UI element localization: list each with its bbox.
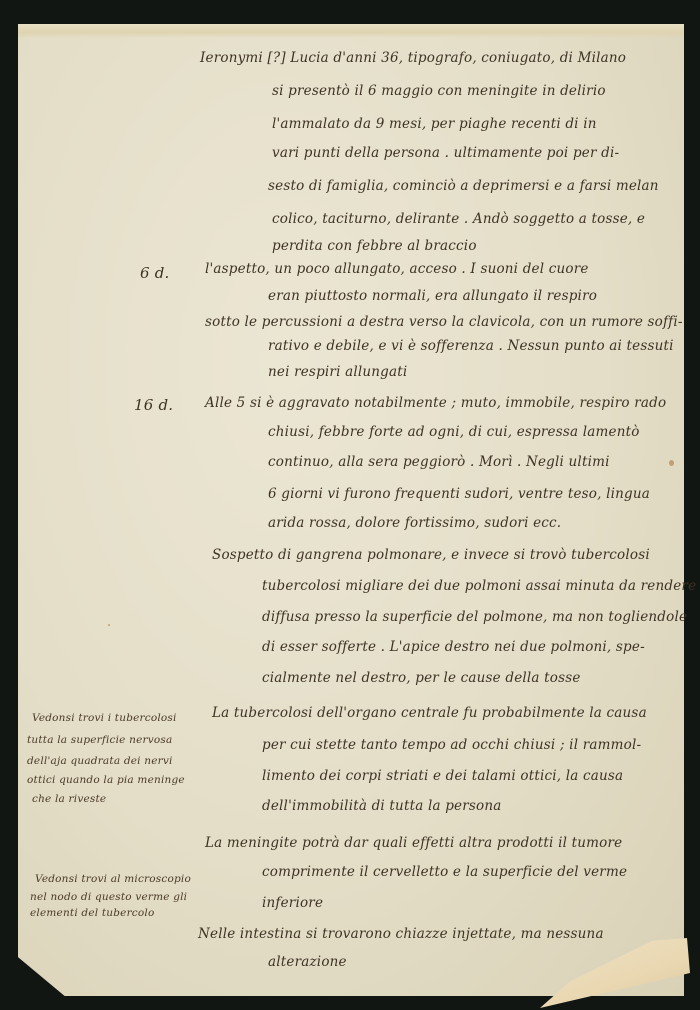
margin-label-day: 16 d. [134, 398, 173, 413]
text-line: dell'immobilità di tutta la persona [262, 800, 502, 814]
margin-note-line: tutta la superficie nervosa [27, 735, 172, 746]
foxing-stain [669, 460, 674, 466]
margin-label-day: 6 d. [140, 266, 169, 281]
text-line: La meningite potrà dar quali effetti alt… [205, 837, 622, 851]
text-line: di esser sofferte . L'apice destro nei d… [262, 641, 645, 655]
text-line: rativo e debile, e vi è sofferenza . Nes… [268, 340, 674, 354]
text-line: continuo, alla sera peggiorò . Morì . Ne… [268, 456, 610, 470]
text-line: 6 giorni vi furono frequenti sudori, ven… [268, 488, 650, 502]
text-line: alterazione [268, 956, 347, 970]
foxing-stain [108, 624, 110, 626]
text-line: l'ammalato da 9 mesi, per piaghe recenti… [272, 118, 597, 132]
text-line: arida rossa, dolore fortissimo, sudori e… [268, 517, 561, 531]
text-line: inferiore [262, 897, 323, 911]
margin-note-line: che la riveste [32, 794, 106, 805]
margin-note-line: ottici quando la pia meninge [27, 775, 185, 786]
text-line: si presentò il 6 maggio con meningite in… [272, 85, 606, 99]
text-line: comprimente il cervelletto e la superfic… [262, 866, 627, 880]
text-line: diffusa presso la superficie del polmone… [262, 611, 687, 625]
text-line: eran piuttosto normali, era allungato il… [268, 290, 597, 304]
text-line: Sospetto di gangrena polmonare, e invece… [212, 549, 650, 563]
text-line: limento dei corpi striati e dei talami o… [262, 770, 623, 784]
margin-note-line: nel nodo di questo verme gli [30, 892, 187, 903]
text-line: l'aspetto, un poco allungato, acceso . I… [205, 263, 589, 277]
text-line: cialmente nel destro, per le cause della… [262, 672, 581, 686]
text-line: Ieronymi [?] Lucia d'anni 36, tipografo,… [200, 52, 626, 66]
margin-note-line: Vedonsi trovi al microscopio [35, 874, 191, 885]
text-line: sesto di famiglia, cominciò a deprimersi… [268, 180, 659, 194]
text-line: colico, taciturno, delirante . Andò sogg… [272, 213, 645, 227]
text-line: vari punti della persona . ultimamente p… [272, 147, 619, 161]
text-line: sotto le percussioni a destra verso la c… [205, 316, 683, 330]
text-line: chiusi, febbre forte ad ogni, di cui, es… [268, 426, 640, 440]
text-line: tubercolosi migliare dei due polmoni ass… [262, 580, 696, 594]
margin-note-line: dell'aja quadrata dei nervi [27, 756, 173, 767]
margin-note-line: Vedonsi trovi i tubercolosi [32, 713, 177, 724]
text-line: per cui stette tanto tempo ad occhi chiu… [262, 739, 641, 753]
margin-note-line: elementi del tubercolo [30, 908, 154, 919]
text-line: perdita con febbre al braccio [272, 240, 477, 254]
text-line: nei respiri allungati [268, 366, 407, 380]
text-line: La tubercolosi dell'organo centrale fu p… [212, 707, 647, 721]
text-line: Alle 5 si è aggravato notabilmente ; mut… [205, 397, 666, 411]
text-line: Nelle intestina si trovarono chiazze inj… [198, 928, 604, 942]
